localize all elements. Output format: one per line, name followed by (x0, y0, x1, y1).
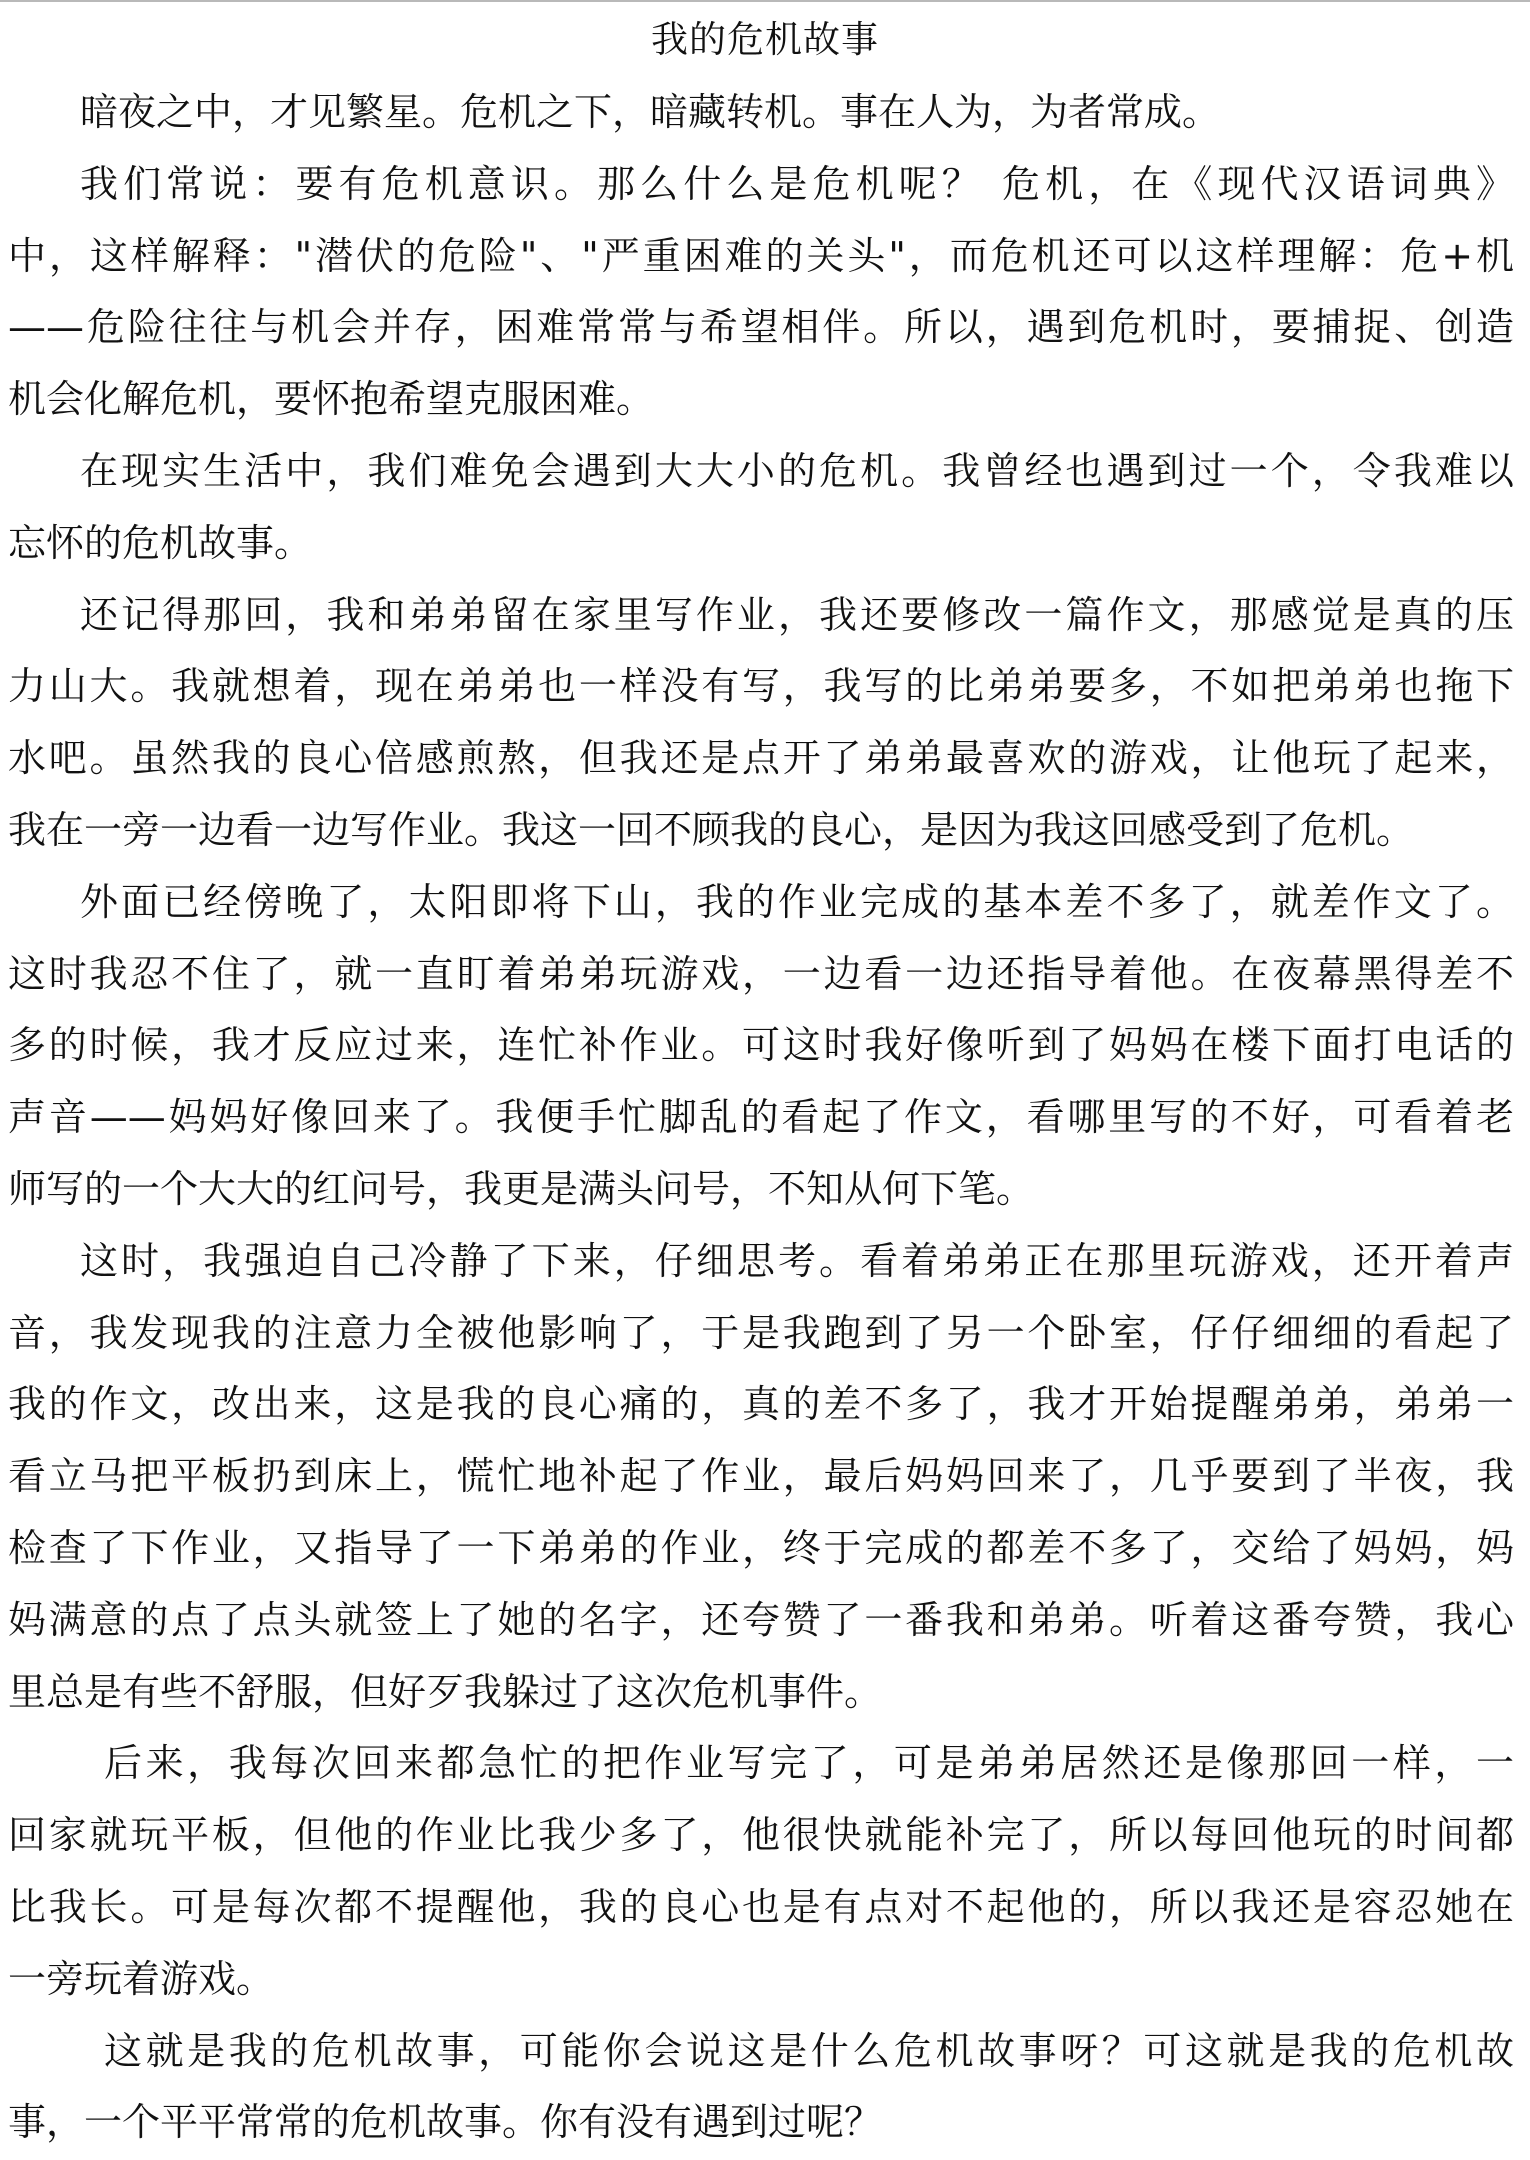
paragraph: 还记得那回，我和弟弟留在家里写作业，我还要修改一篇作文，那感觉是真的压力山大。我… (0, 580, 1530, 867)
paragraph-line: 多的时候，我才反应过来，连忙补作业。可这时我好像听到了妈妈在楼下面打电话的 (0, 1010, 1530, 1082)
paragraph-line: 力山大。我就想着，现在弟弟也一样没有写，我写的比弟弟要多，不如把弟弟也拖下 (0, 651, 1530, 723)
top-border-rule (0, 0, 1530, 2)
paragraph-first-line: 外面已经傍晚了，太阳即将下山，我的作业完成的基本差不多了，就差作文了。 (0, 867, 1530, 939)
paragraph-first-line: 还记得那回，我和弟弟留在家里写作业，我还要修改一篇作文，那感觉是真的压 (0, 580, 1530, 652)
paragraph-line: 事，一个平平常常的危机故事。你有没有遇到过呢？ (0, 2087, 1530, 2159)
paragraph-line: 这时我忍不住了，就一直盯着弟弟玩游戏，一边看一边还指导着他。在夜幕黑得差不 (0, 939, 1530, 1011)
paragraph-first-line: 暗夜之中，才见繁星。危机之下，暗藏转机。事在人为，为者常成。 (0, 77, 1530, 149)
paragraph: 这就是我的危机故事，可能你会说这是什么危机故事呀？可这就是我的危机故事，一个平平… (0, 2016, 1530, 2160)
paragraph-line: 我在一旁一边看一边写作业。我这一回不顾我的良心，是因为我这回感受到了危机。 (0, 795, 1530, 867)
paragraph-line: 我的作文，改出来，这是我的良心痛的，真的差不多了，我才开始提醒弟弟，弟弟一 (0, 1369, 1530, 1441)
paragraph-line: 音，我发现我的注意力全被他影响了，于是我跑到了另一个卧室，仔仔细细的看起了 (0, 1298, 1530, 1370)
paragraph-line: 检查了下作业，又指导了一下弟弟的作业，终于完成的都差不多了，交给了妈妈，妈 (0, 1513, 1530, 1585)
document-title: 我的危机故事 (0, 14, 1530, 66)
paragraph: 暗夜之中，才见繁星。危机之下，暗藏转机。事在人为，为者常成。 (0, 77, 1530, 149)
paragraph-first-line: 这时，我强迫自己冷静了下来，仔细思考。看着弟弟正在那里玩游戏，还开着声 (0, 1226, 1530, 1298)
paragraph: 外面已经傍晚了，太阳即将下山，我的作业完成的基本差不多了，就差作文了。这时我忍不… (0, 867, 1530, 1226)
paragraph-first-line: 我们常说：要有危机意识。那么什么是危机呢？ 危机，在《现代汉语词典》 (0, 149, 1530, 221)
paragraph: 我们常说：要有危机意识。那么什么是危机呢？ 危机，在《现代汉语词典》中，这样解释… (0, 149, 1530, 436)
paragraph-first-line: 后来，我每次回来都急忙的把作业写完了，可是弟弟居然还是像那回一样，一 (0, 1728, 1530, 1800)
paragraph-line: 里总是有些不舒服，但好歹我躲过了这次危机事件。 (0, 1657, 1530, 1729)
paragraph-line: 回家就玩平板，但他的作业比我少多了，他很快就能补完了，所以每回他玩的时间都 (0, 1800, 1530, 1872)
paragraph-first-line: 这就是我的危机故事，可能你会说这是什么危机故事呀？可这就是我的危机故 (0, 2016, 1530, 2088)
paragraph-line: 一旁玩着游戏。 (0, 1944, 1530, 2016)
paragraph-line: 水吧。虽然我的良心倍感煎熬，但我还是点开了弟弟最喜欢的游戏，让他玩了起来， (0, 723, 1530, 795)
document-body: 暗夜之中，才见繁星。危机之下，暗藏转机。事在人为，为者常成。我们常说：要有危机意… (0, 77, 1530, 2159)
paragraph: 这时，我强迫自己冷静了下来，仔细思考。看着弟弟正在那里玩游戏，还开着声音，我发现… (0, 1226, 1530, 1729)
paragraph-line: 师写的一个大大的红问号，我更是满头问号，不知从何下笔。 (0, 1154, 1530, 1226)
paragraph-line: 机会化解危机，要怀抱希望克服困难。 (0, 364, 1530, 436)
paragraph-line: 声音——妈妈好像回来了。我便手忙脚乱的看起了作文，看哪里写的不好，可看着老 (0, 1082, 1530, 1154)
paragraph-line: 妈满意的点了点头就签上了她的名字，还夸赞了一番我和弟弟。听着这番夸赞，我心 (0, 1585, 1530, 1657)
paragraph-line: ——危险往往与机会并存，困难常常与希望相伴。所以，遇到危机时，要捕捉、创造 (0, 292, 1530, 364)
paragraph-line: 看立马把平板扔到床上，慌忙地补起了作业，最后妈妈回来了，几乎要到了半夜，我 (0, 1441, 1530, 1513)
paragraph-first-line: 在现实生活中，我们难免会遇到大大小的危机。我曾经也遇到过一个，令我难以 (0, 436, 1530, 508)
paragraph-line: 比我长。可是每次都不提醒他，我的良心也是有点对不起他的，所以我还是容忍她在 (0, 1872, 1530, 1944)
paragraph-line: 忘怀的危机故事。 (0, 508, 1530, 580)
paragraph-line: 中，这样解释："潜伏的危险"、"严重困难的关头"，而危机还可以这样理解：危+机 (0, 221, 1530, 293)
paragraph: 后来，我每次回来都急忙的把作业写完了，可是弟弟居然还是像那回一样，一回家就玩平板… (0, 1728, 1530, 2015)
paragraph: 在现实生活中，我们难免会遇到大大小的危机。我曾经也遇到过一个，令我难以忘怀的危机… (0, 436, 1530, 580)
